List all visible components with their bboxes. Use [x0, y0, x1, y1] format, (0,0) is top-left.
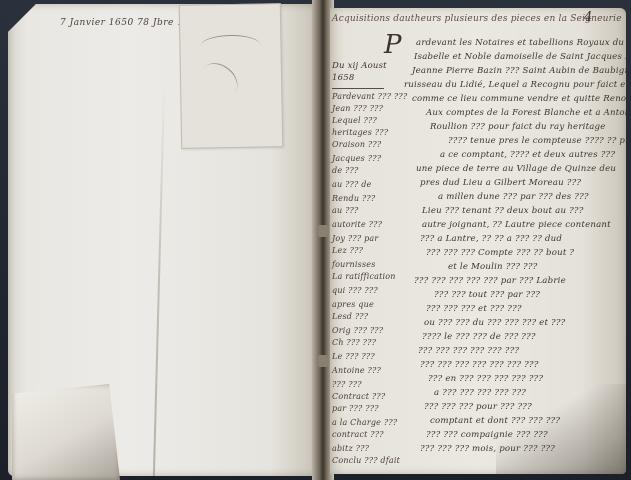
text-line: ou ??? ??? du ??? ??? ??? et ??? [424, 318, 565, 328]
text-line: pres dud Lieu a Gilbert Moreau ??? [420, 178, 581, 188]
margin-note-line: de ??? [332, 166, 358, 175]
margin-note-line: fournisses [332, 260, 376, 269]
text-line: a millen dune ??? par ??? des ??? [438, 192, 589, 202]
margin-note-line: au ??? de [332, 180, 372, 189]
margin-note-line: Rendu ??? [332, 194, 375, 203]
margin-note-line: Lesd ??? [332, 312, 368, 321]
page-header: Acquisitions dautheurs plusieurs des pie… [332, 14, 622, 24]
folio-number: 4 [584, 10, 592, 25]
text-line: ??? ??? ??? Compte ??? ?? bout ? [426, 248, 574, 258]
text-line: Jeanne Pierre Bazin ??? Saint Aubin de B… [412, 66, 626, 76]
margin-date-year: 1658 [332, 72, 387, 84]
text-line: ??? en ??? ??? ??? ??? ??? [428, 374, 543, 384]
left-page: 7 Janvier 1650 78 Jbre 1650 [8, 4, 316, 476]
text-line: ???? tenue pres le compteuse ???? ?? pre [448, 136, 626, 146]
text-line: ??? ??? tout ??? par ??? [434, 290, 540, 300]
crack-mark [200, 34, 260, 56]
text-line: ??? ??? ??? ??? ??? par ??? Labrie [414, 276, 566, 286]
margin-note-line: Jacques ??? [332, 154, 381, 163]
crease-line [153, 84, 165, 476]
text-line: ??? ??? ??? ??? ??? ??? [418, 346, 519, 356]
text-line: ardevant les Notaires et tabellions Roya… [416, 38, 626, 48]
margin-note-line: autorite ??? [332, 220, 382, 229]
margin-note-line: Le ??? ??? [332, 352, 375, 361]
margin-note-line: Antoine ??? [332, 366, 381, 375]
text-line: Isabelle et Noble damoiselle de Saint Ja… [414, 52, 626, 62]
text-line: a ce comptant, ???? et deux autres ??? [440, 150, 615, 160]
binding-stitch [318, 225, 328, 237]
margin-note-line: Pardevant ??? ??? [332, 92, 407, 101]
folded-corner [12, 384, 120, 480]
text-line: ??? ??? ??? ??? ??? ??? ??? [420, 360, 539, 370]
text-line: ??? ??? ??? et ??? ??? [426, 304, 522, 314]
margin-note-line: ??? ??? [332, 380, 362, 389]
margin-note-line: Ch ??? ??? [332, 338, 376, 347]
text-line: ruisseau du Lidié, Lequel a Recognu pour… [404, 80, 626, 90]
margin-note-line: Lequel ??? [332, 116, 377, 125]
text-line: Aux comptes de la Forest Blanche et a An… [426, 108, 626, 118]
margin-note-line: au ??? [332, 206, 359, 215]
margin-note-line: Oraison ??? [332, 140, 381, 149]
margin-note-line: Lez ??? [332, 246, 363, 255]
margin-note-line: contract ??? [332, 430, 384, 439]
margin-date: Du xij Aoust 1658 [332, 60, 387, 84]
text-line: comme ce lieu commune vendre et quitte R… [412, 94, 626, 104]
margin-note-line: Orig ??? ??? [332, 326, 383, 335]
margin-note-line: qui ??? ??? [332, 286, 378, 295]
worn-corner [6, 2, 46, 32]
crack-mark [194, 56, 245, 105]
margin-note-line: abitz ??? [332, 444, 369, 453]
margin-note-line: par ??? ??? [332, 404, 379, 413]
margin-note-line: Jean ??? ??? [332, 104, 383, 113]
text-line: et le Moulin ??? ??? [448, 262, 537, 272]
margin-date-line: Du xij Aoust [332, 60, 387, 72]
binding-stitch [318, 355, 328, 367]
margin-note-line: Joy ??? par [332, 234, 378, 243]
text-line: ???? le ??? ??? de ??? ??? [422, 332, 536, 342]
page-shadow [496, 384, 626, 474]
margin-note-line: La ratiffication [332, 272, 396, 281]
paper-repair-patch [179, 3, 283, 149]
margin-note-line: Conclu ??? dfait [332, 456, 400, 465]
margin-note-line: apres que [332, 300, 374, 309]
text-line: Lieu ??? tenant ?? deux bout au ??? [422, 206, 584, 216]
margin-note-line: a la Charge ??? [332, 418, 397, 427]
drop-cap: P [384, 32, 402, 58]
right-page: Acquisitions dautheurs plusieurs des pie… [330, 8, 626, 474]
margin-note-line: Contract ??? [332, 392, 385, 401]
text-line: une piece de terre au Village de Quinze … [416, 164, 616, 174]
margin-rule [332, 88, 384, 89]
text-line: Roullion ??? pour faict du ray heritage [430, 122, 606, 132]
text-line: ??? a Lantre, ?? ?? a ??? ?? dud [420, 234, 562, 244]
margin-note-line: heritages ??? [332, 128, 388, 137]
text-line: autre joignant, ?? Lautre piece contenan… [422, 220, 611, 230]
